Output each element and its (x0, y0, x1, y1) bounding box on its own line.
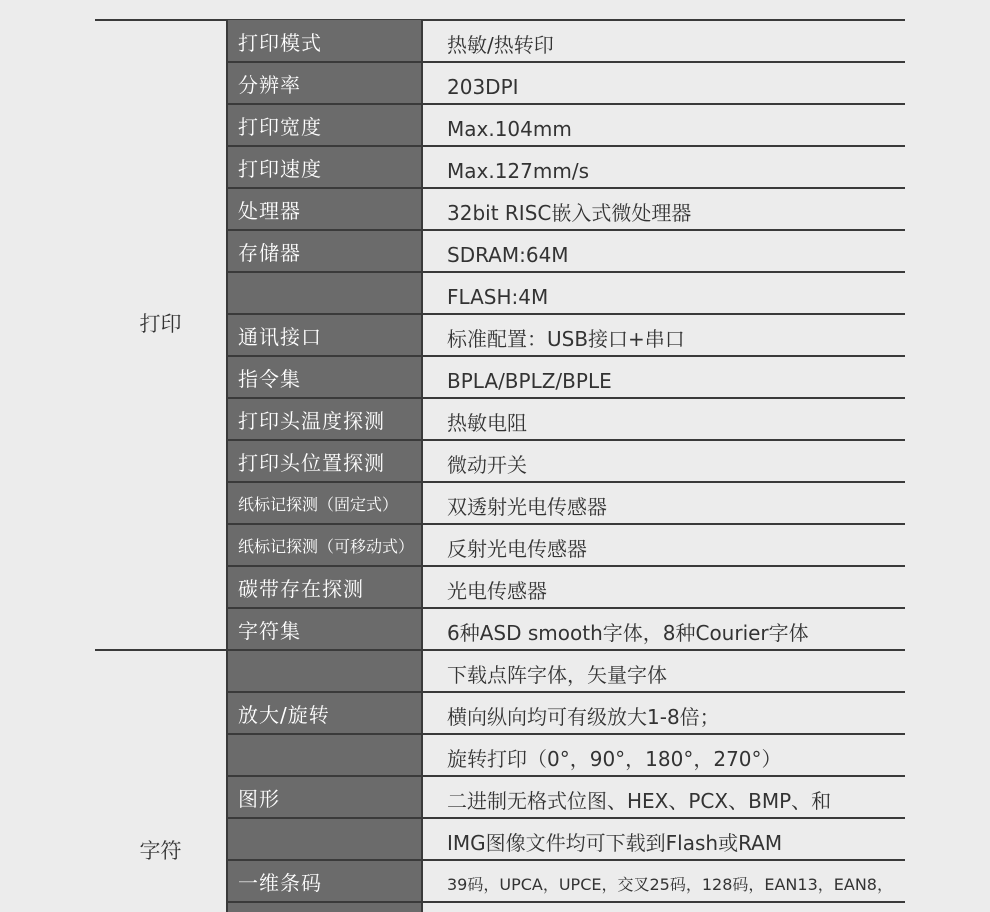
table-row: 一维条码39码，UPCA，UPCE，交叉25码，128码，EAN13，EAN8， (226, 860, 905, 902)
spec-value: 下载点阵字体，矢量字体 (447, 650, 667, 692)
table-row: 纸标记探测（固定式）双透射光电传感器 (226, 482, 905, 524)
spec-label: 图形 (238, 776, 280, 818)
category-print: 打印 (95, 308, 226, 338)
table-row: 字符集6种ASD smooth字体，8种Courier字体 (226, 608, 905, 650)
table-row: 放大/旋转横向纵向均可有级放大1-8倍； (226, 692, 905, 734)
spec-value: 光电传感器 (447, 566, 547, 608)
table-row: 指令集BPLA/BPLZ/BPLE (226, 356, 905, 398)
spec-label: 通讯接口 (238, 314, 322, 356)
spec-label: 放大/旋转 (238, 692, 330, 734)
table-row: 打印头温度探测热敏电阻 (226, 398, 905, 440)
spec-value: 6种ASD smooth字体，8种Courier字体 (447, 608, 809, 650)
spec-value: SDRAM:64M (447, 230, 569, 272)
spec-label: 打印宽度 (238, 104, 322, 146)
spec-label: 指令集 (238, 356, 301, 398)
category-separator (95, 649, 226, 651)
table-row: 下载点阵字体，矢量字体 (226, 650, 905, 692)
spec-label: 打印头温度探测 (238, 398, 385, 440)
spec-value: IMG图像文件均可下载到Flash或RAM (447, 818, 782, 860)
spec-label: 纸标记探测（可移动式） (238, 524, 414, 566)
spec-value: 203DPI (447, 62, 519, 104)
spec-label: 打印速度 (238, 146, 322, 188)
spec-value: 反射光电传感器 (447, 524, 587, 566)
spec-label: 存储器 (238, 230, 301, 272)
spec-value: FLASH:4M (447, 272, 548, 314)
spec-value: 横向纵向均可有级放大1-8倍； (447, 692, 720, 734)
row-divider (226, 901, 905, 903)
table-row: 纸标记探测（可移动式）反射光电传感器 (226, 524, 905, 566)
table-row: 打印头位置探测微动开关 (226, 440, 905, 482)
spec-label: 分辨率 (238, 62, 301, 104)
spec-value: 二进制无格式位图、HEX、PCX、BMP、和 (447, 776, 831, 818)
spec-value: 32bit RISC嵌入式微处理器 (447, 188, 691, 230)
spec-value: 旋转打印（0°，90°，180°，270°） (447, 734, 782, 776)
spec-label: 一维条码 (238, 860, 322, 902)
spec-value: 39码，UPCA，UPCE，交叉25码，128码，EAN13，EAN8， (447, 860, 893, 902)
spec-value: 热敏电阻 (447, 398, 527, 440)
spec-value: 微动开关 (447, 440, 527, 482)
table-row: 处理器32bit RISC嵌入式微处理器 (226, 188, 905, 230)
spec-label: 打印头位置探测 (238, 440, 385, 482)
table-row: 图形二进制无格式位图、HEX、PCX、BMP、和 (226, 776, 905, 818)
spec-value: 热敏/热转印 (447, 20, 554, 62)
spec-value: 双透射光电传感器 (447, 482, 607, 524)
table-row: 打印速度Max.127mm/s (226, 146, 905, 188)
table-row: 打印宽度Max.104mm (226, 104, 905, 146)
spec-label: 打印模式 (238, 20, 322, 62)
spec-value: Max.127mm/s (447, 146, 589, 188)
spec-value: 标准配置：USB接口+串口 (447, 314, 685, 356)
category-character: 字符 (95, 835, 226, 865)
table-row: 存储器SDRAM:64M (226, 230, 905, 272)
table-row: FLASH:4M (226, 272, 905, 314)
table-row: 旋转打印（0°，90°，180°，270°） (226, 734, 905, 776)
table-row: 分辨率203DPI (226, 62, 905, 104)
spec-value: Max.104mm (447, 104, 572, 146)
spec-value: BPLA/BPLZ/BPLE (447, 356, 612, 398)
spec-label: 处理器 (238, 188, 301, 230)
spec-label: 碳带存在探测 (238, 566, 364, 608)
table-row: 通讯接口标准配置：USB接口+串口 (226, 314, 905, 356)
table-row: 打印模式热敏/热转印 (226, 20, 905, 62)
spec-label: 纸标记探测（固定式） (238, 482, 398, 524)
table-row: 碳带存在探测光电传感器 (226, 566, 905, 608)
spec-label: 字符集 (238, 608, 301, 650)
table-row: IMG图像文件均可下载到Flash或RAM (226, 818, 905, 860)
